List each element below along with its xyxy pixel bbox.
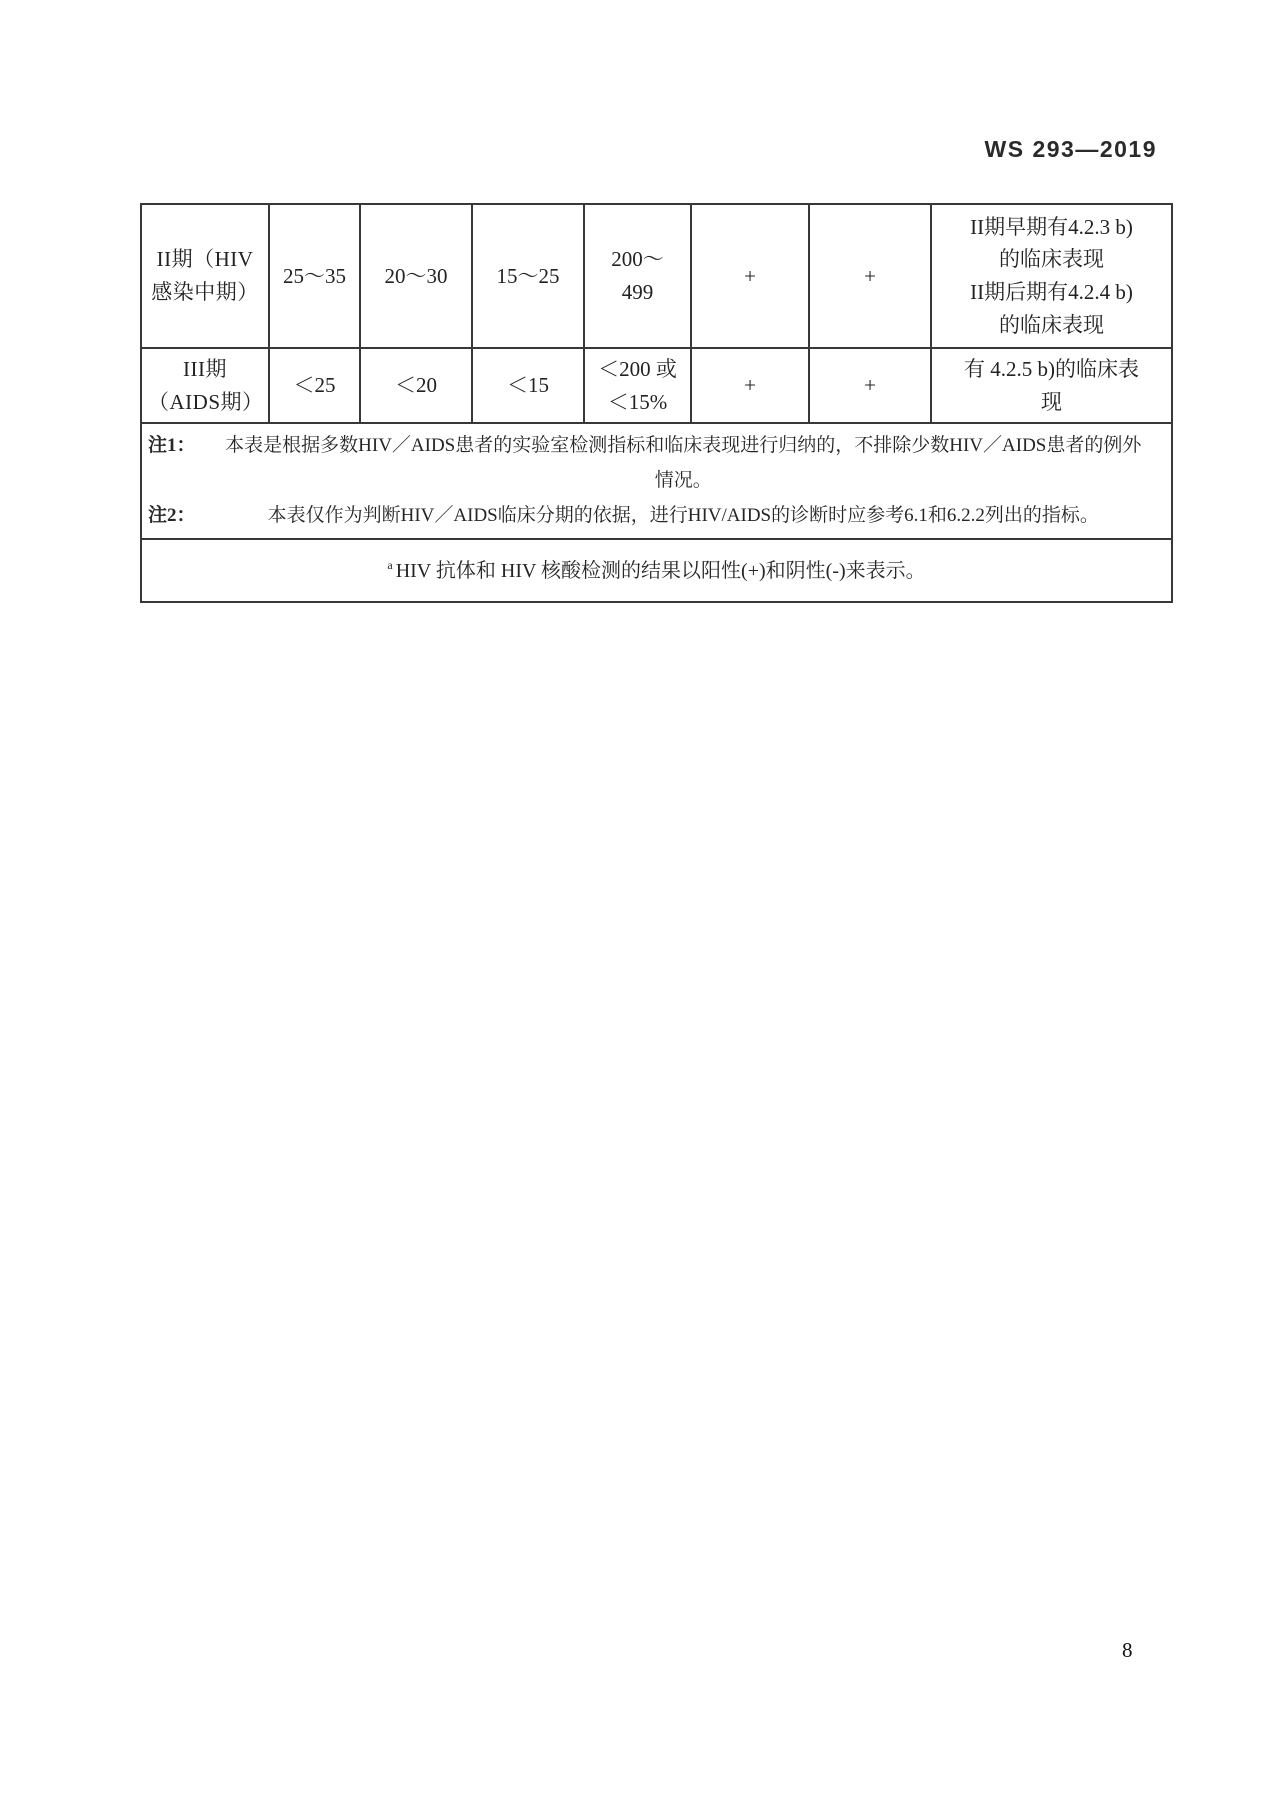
note-1-label: 注1：	[148, 428, 196, 463]
table-notes-row: 注1： 本表是根据多数HIV／AIDS患者的实验室检测指标和临床表现进行归纳的，…	[141, 423, 1172, 538]
result-cell: +	[809, 204, 931, 348]
result-cell: +	[691, 204, 809, 348]
note-1: 注1： 本表是根据多数HIV／AIDS患者的实验室检测指标和临床表现进行归纳的，…	[148, 428, 1165, 498]
value-cell: 15～25	[472, 204, 584, 348]
clinical-staging-table: II期（HIV 感染中期） 25～35 20～30 15～25 200～ 499…	[140, 203, 1173, 603]
clinical-manifestation-cell: II期早期有4.2.3 b) 的临床表现 II期后期有4.2.4 b) 的临床表…	[931, 204, 1172, 348]
value-cell: 20～30	[360, 204, 472, 348]
result-cell: +	[691, 348, 809, 423]
footnote-cell: aHIV 抗体和 HIV 核酸检测的结果以阳性(+)和阴性(-)来表示。	[141, 539, 1172, 602]
note-2-label: 注2：	[148, 498, 196, 533]
page-number: 8	[1122, 1638, 1133, 1663]
note-2: 注2： 本表仅作为判断HIV／AIDS临床分期的依据，进行HIV/AIDS的诊断…	[148, 498, 1165, 533]
doc-number: WS 293—2019	[985, 136, 1157, 163]
result-cell: +	[809, 348, 931, 423]
value-cell: ＜200 或 ＜15%	[584, 348, 691, 423]
value-cell: ＜20	[360, 348, 472, 423]
clinical-manifestation-cell: 有 4.2.5 b)的临床表 现	[931, 348, 1172, 423]
table-footnote-row: aHIV 抗体和 HIV 核酸检测的结果以阳性(+)和阴性(-)来表示。	[141, 539, 1172, 602]
note-2-text: 本表仅作为判断HIV／AIDS临床分期的依据，进行HIV/AIDS的诊断时应参考…	[202, 498, 1165, 533]
notes-cell: 注1： 本表是根据多数HIV／AIDS患者的实验室检测指标和临床表现进行归纳的，…	[141, 423, 1172, 538]
footnote-marker: a	[387, 558, 392, 572]
table-row-stage-2: II期（HIV 感染中期） 25～35 20～30 15～25 200～ 499…	[141, 204, 1172, 348]
document-page: WS 293—2019 II期（HIV 感染中期） 25～35 20～30 15…	[0, 0, 1280, 1809]
value-cell: ＜25	[269, 348, 360, 423]
value-cell: 200～ 499	[584, 204, 691, 348]
value-cell: 25～35	[269, 204, 360, 348]
table-row-stage-3: III期 （AIDS期） ＜25 ＜20 ＜15 ＜200 或 ＜15% + +…	[141, 348, 1172, 423]
stage-name-cell: II期（HIV 感染中期）	[141, 204, 269, 348]
footnote-text: HIV 抗体和 HIV 核酸检测的结果以阳性(+)和阴性(-)来表示。	[396, 560, 926, 582]
value-cell: ＜15	[472, 348, 584, 423]
note-1-text: 本表是根据多数HIV／AIDS患者的实验室检测指标和临床表现进行归纳的，不排除少…	[202, 428, 1165, 498]
footnote: aHIV 抗体和 HIV 核酸检测的结果以阳性(+)和阴性(-)来表示。	[387, 560, 925, 582]
stage-name-cell: III期 （AIDS期）	[141, 348, 269, 423]
